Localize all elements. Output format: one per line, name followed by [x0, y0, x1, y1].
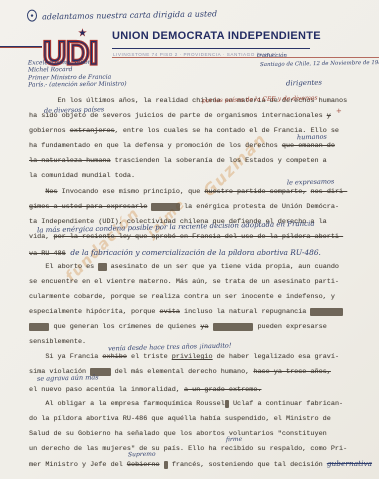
- struck-out-text: que emanan de: [282, 142, 335, 150]
- typed-line: el nuevo paso acentúa la inmoralidad, a …: [29, 386, 359, 395]
- struck-out-text: Gobierno: [127, 461, 160, 469]
- typed-text: Invocando ese mismo principio, que: [58, 188, 205, 196]
- underlined-text: privilegio: [172, 353, 213, 361]
- typed-text: que generan los crímenes de quienes: [49, 323, 200, 331]
- handwritten-annotation: le expresamos: [287, 177, 334, 186]
- typed-text: El aborto es: [29, 263, 98, 271]
- top-annotation-text: adelantamos nuestra carta dirigida a ust…: [42, 9, 217, 21]
- handwritten-insert: de la fabricación y comercialización de …: [66, 248, 321, 257]
- typed-text: [209, 323, 213, 331]
- typed-line: Salud de su Gobierno ha señalado que los…: [29, 430, 359, 439]
- handwritten-annotation: humanos: [297, 133, 327, 142]
- redacted-blot: x: [225, 400, 229, 408]
- typed-line: un derecho de las mujeres" de su país. E…: [29, 445, 359, 454]
- handwritten-annotation: venía desde hace tres años ¡inaudito!: [108, 341, 232, 352]
- top-annotation: adelantamos nuestra carta dirigida a ust…: [27, 6, 217, 21]
- struck-out-text: nuestro partido comparte,: [204, 188, 306, 196]
- typed-text: Al obligar a la empresa farmoquímica Rou…: [29, 400, 225, 408]
- struck-out-text: va RU-486: [29, 250, 66, 258]
- struck-out-text: Nos: [45, 188, 57, 196]
- typed-line: Si ya Francia exhibe el triste privilegi…: [29, 353, 359, 362]
- typed-text: Si ya Francia: [29, 353, 102, 361]
- typed-text: mer Ministro y Jefe del: [29, 461, 127, 469]
- handwritten-annotation: de diversos países: [44, 105, 104, 114]
- redacted-blot: x: [164, 461, 168, 469]
- recipient-line: París.- (atención señor Ministro): [28, 80, 127, 88]
- struck-out-text: ya: [200, 323, 208, 331]
- letterhead-red-rule: [112, 57, 379, 58]
- handwritten-annotation: dirigentes: [286, 79, 322, 88]
- redacted-blot: xxxxxxxx: [310, 308, 343, 316]
- typed-text: la enérgica protesta de Unión Demócra-: [180, 203, 339, 211]
- struck-out-text: la naturaleza humana: [29, 157, 111, 165]
- handwritten-annotation: +: [336, 107, 342, 115]
- typed-line: la naturaleza humana trascienden la sobe…: [29, 157, 359, 166]
- typed-line: Al obligar a la empresa farmoquímica Rou…: [29, 400, 359, 409]
- typed-text: un derecho de las mujeres" de su país. E…: [29, 445, 347, 453]
- typed-line: gimos a usted para expresarle nuestra la…: [29, 203, 359, 212]
- struck-out-text: extranjeros: [70, 127, 115, 135]
- handwritten-annotation: se agrava aún más: [37, 373, 99, 383]
- typed-text: del más elemental derecho humano,: [111, 368, 254, 376]
- typed-text: trascienden la soberanía de los Estados …: [111, 157, 327, 165]
- watermark-text: fundación: [62, 204, 144, 286]
- typed-text: se encuentre en el vientre materno. Más …: [29, 278, 339, 286]
- typed-line: vida, por la reciente ley que aprobó en …: [29, 233, 359, 242]
- typed-line: cularmente cobarde, porque se realiza co…: [29, 293, 359, 302]
- letterhead-address: LIVINGSTONE 74 PISO 2 · PROVIDENCIA · SA…: [113, 52, 277, 57]
- typed-text: do la píldora abortiva RU-486 que aquéll…: [29, 415, 331, 423]
- typed-text: el triste: [127, 353, 172, 361]
- typed-text: sensiblemente.: [29, 338, 86, 346]
- struck-out-text: hace ya trece años,: [253, 368, 331, 376]
- typed-text: gobiernos: [29, 127, 70, 135]
- circle-mark-icon: [27, 9, 37, 21]
- redacted-blot: xxxxx: [29, 323, 49, 331]
- typed-text: pueden expresarse: [253, 323, 326, 331]
- struck-out-text: a un grado extremo.: [184, 386, 262, 394]
- typed-text: de haber legalizado esa graví-: [213, 353, 339, 361]
- struck-out-text: nos diri-: [311, 188, 348, 196]
- typed-text: especialmente hipócrita, porque: [29, 308, 160, 316]
- typed-line: do la píldora abortiva RU-486 que aquéll…: [29, 415, 359, 424]
- redacted-blot: nuestra: [151, 203, 180, 211]
- typed-line: Nos Invocando ese mismo principio, que n…: [29, 188, 359, 197]
- typed-text: [29, 188, 45, 196]
- struck-out-text: y: [327, 112, 331, 120]
- handwritten-annotation: Supremo: [128, 451, 156, 459]
- typed-text: francés, sosteniendo que tal decisión: [168, 461, 327, 469]
- struck-out-text: por la reciente ley que aprobó en Franci…: [53, 233, 343, 241]
- typed-line: especialmente hipócrita, porque evita in…: [29, 308, 359, 317]
- letter-page: ★ UDI UDI UNION DEMOCRATA INDEPENDIENTE …: [0, 0, 379, 479]
- typed-line: ha fundamentado en que la defensa y prom…: [29, 142, 359, 151]
- struck-out-text: gimos a usted para expresarle: [29, 203, 147, 211]
- typed-text: Uclaf a continuar fabrican-: [229, 400, 343, 408]
- struck-out-text: exhibe: [102, 353, 126, 361]
- party-name: UNION DEMOCRATA INDEPENDIENTE: [112, 30, 321, 42]
- typed-line: mer Ministro y Jefe del Gobierno x franc…: [29, 459, 359, 470]
- handwritten-annotation: firme: [226, 436, 242, 443]
- handwritten-struck-insert: gubernativa: [327, 459, 372, 468]
- typed-line: xxxxx que generan los crímenes de quiene…: [29, 323, 359, 332]
- redacted-blot: un: [98, 263, 106, 271]
- struck-out-text: evita: [160, 308, 180, 316]
- typed-text: cularmente cobarde, porque se realiza co…: [29, 293, 335, 301]
- recipient-block: Excelentísimo Señor Michel Rocard Primer…: [28, 58, 127, 88]
- date-line: Santiago de Chile, 12 de Noviembre de 19…: [260, 60, 379, 68]
- typed-text: Salud de su Gobierno ha señalado que los…: [29, 430, 327, 438]
- typed-line: se encuentre en el vientre materno. Más …: [29, 278, 359, 287]
- typed-text: el nuevo paso acentúa la inmoralidad,: [29, 386, 184, 394]
- typed-text: ha fundamentado en que la defensa y prom…: [29, 142, 282, 150]
- typed-line: El aborto es un asesinato de un ser que …: [29, 263, 359, 272]
- letterhead-left-rule: [0, 46, 42, 48]
- title-underline: [112, 48, 310, 49]
- typed-text: incluso la natural repugnancia: [180, 308, 311, 316]
- redacted-blot: xxxxxxxxxx: [213, 323, 254, 331]
- translation-note: traducción: [257, 53, 287, 59]
- typed-line: va RU-486 de la fabricación y comerciali…: [29, 248, 359, 259]
- typed-text: asesinato de un ser que ya tiene vida pr…: [107, 263, 340, 271]
- typed-text: la comunidad mundial toda.: [29, 172, 135, 180]
